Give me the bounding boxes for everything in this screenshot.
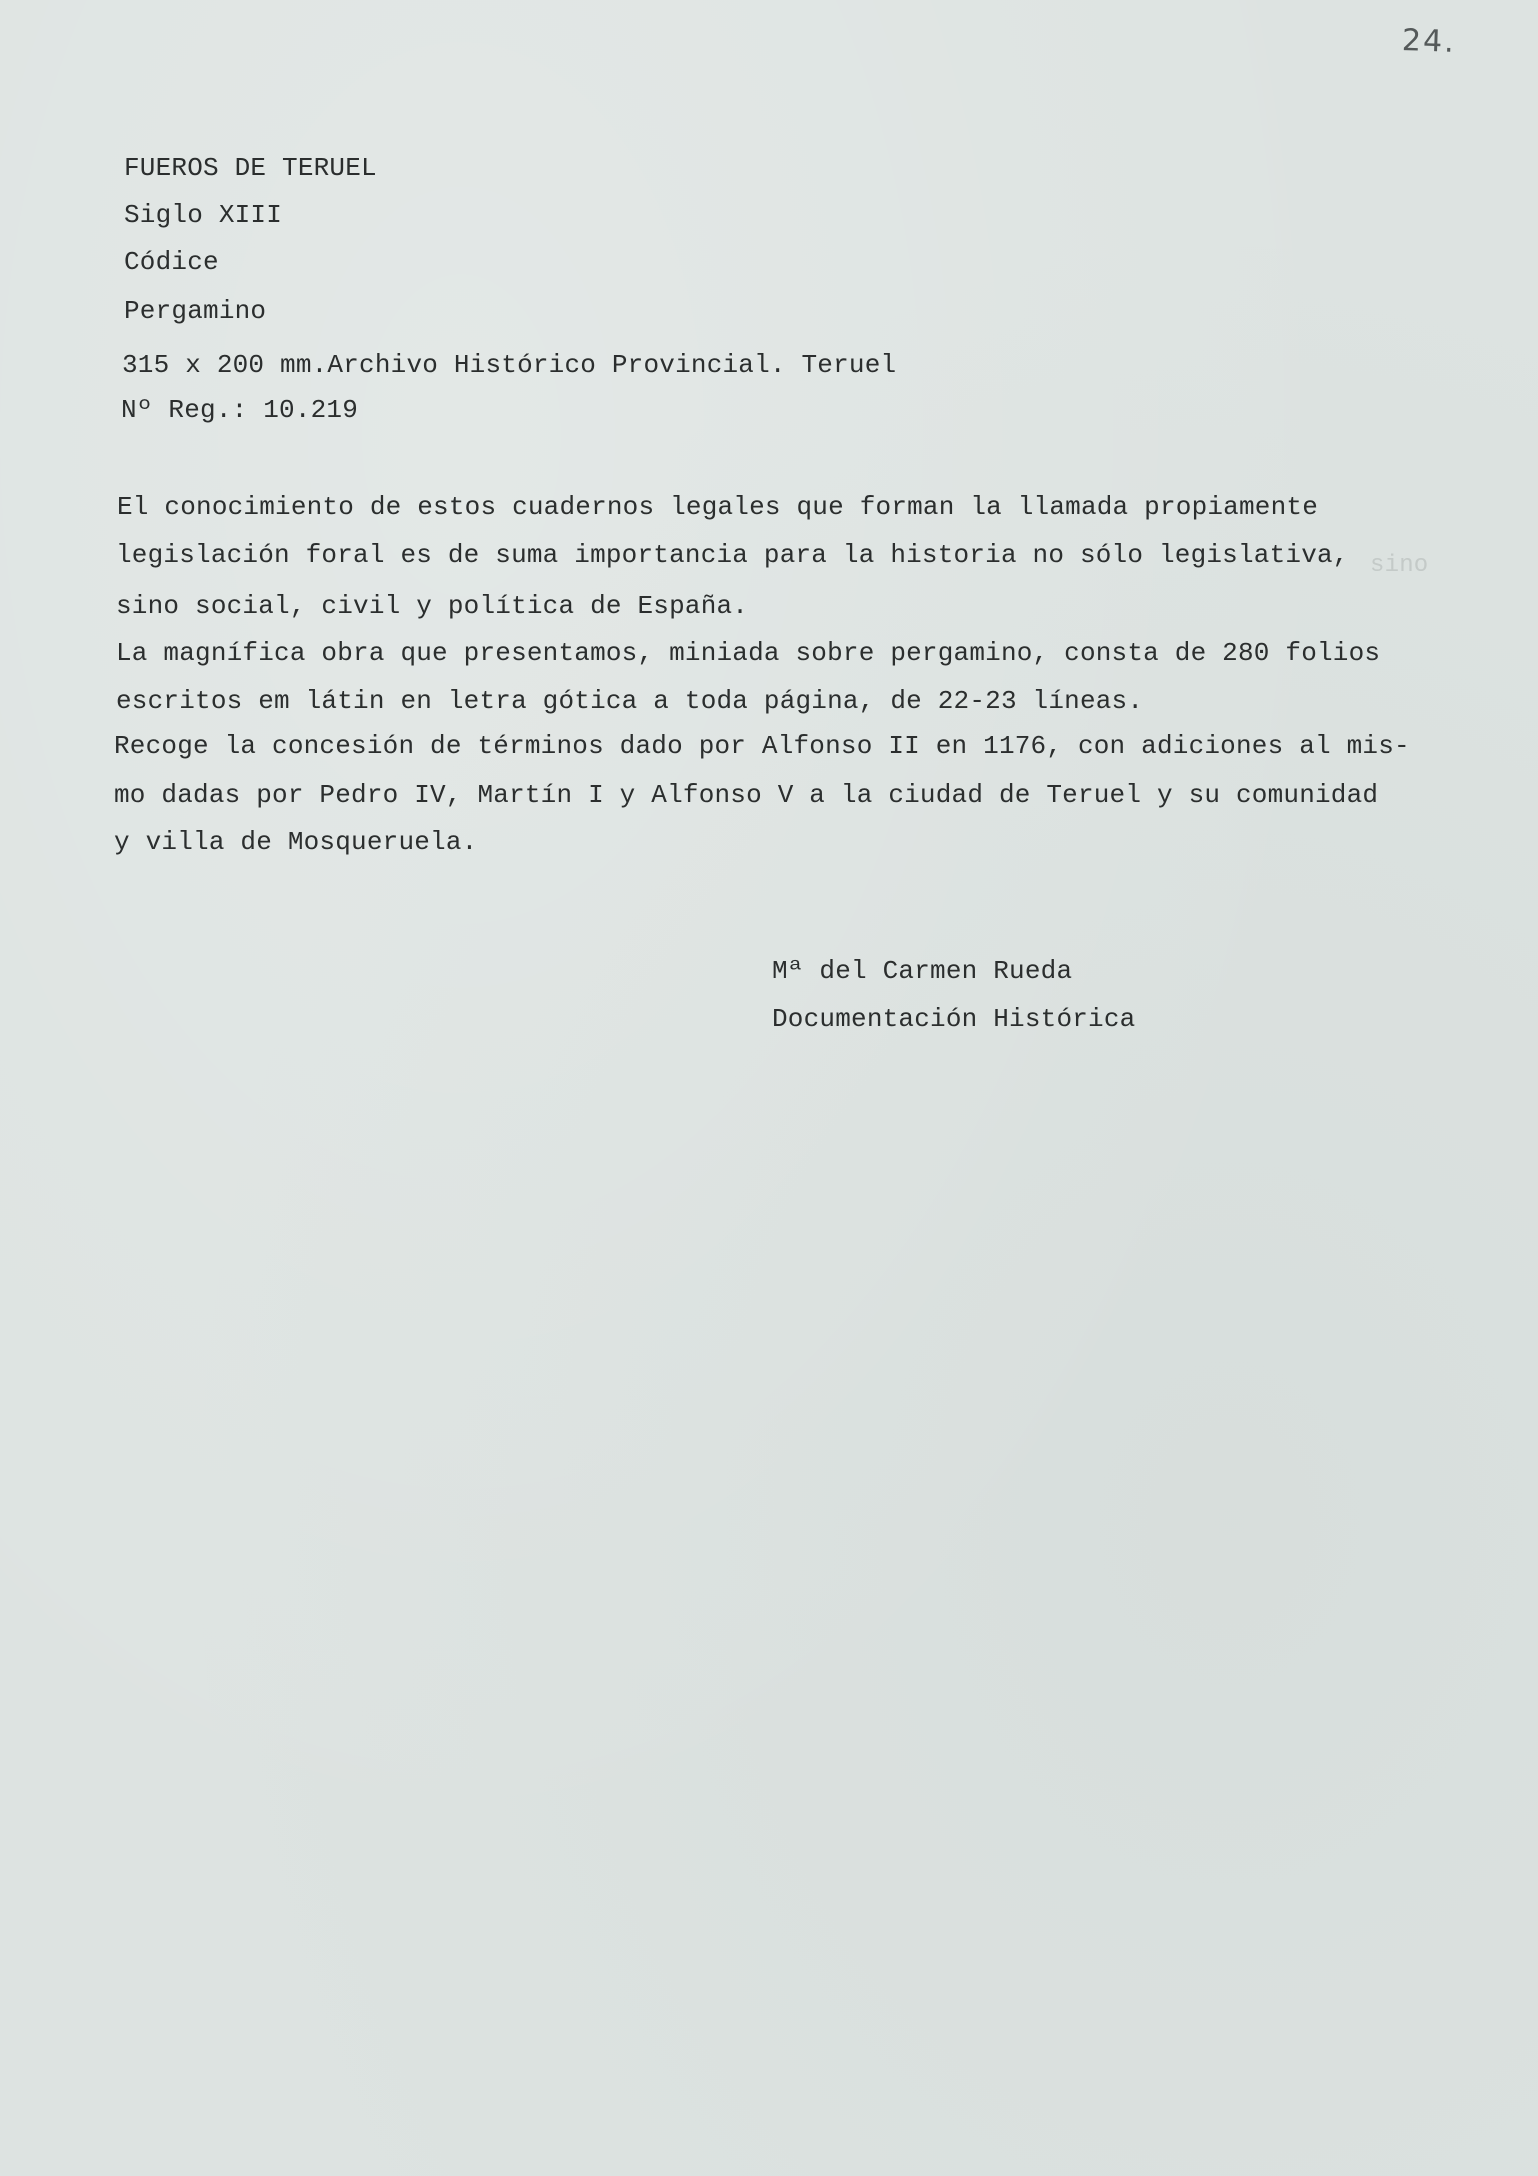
- body-line: escritos em látin en letra gótica a toda…: [116, 688, 1143, 714]
- body-line: legislación foral es de suma importancia…: [116, 542, 1349, 568]
- body-line: y villa de Mosqueruela.: [114, 829, 477, 855]
- author-department: Documentación Histórica: [772, 1006, 1135, 1032]
- century-label: Siglo XIII: [124, 202, 282, 228]
- body-line: sino social, civil y política de España.: [116, 593, 748, 619]
- body-line: mo dadas por Pedro IV, Martín I y Alfons…: [114, 782, 1378, 808]
- body-line: El conocimiento de estos cuadernos legal…: [117, 494, 1318, 520]
- dimensions-location: 315 x 200 mm.Archivo Histórico Provincia…: [122, 352, 896, 378]
- material-label: Pergamino: [124, 298, 266, 324]
- author-name: Mª del Carmen Rueda: [772, 958, 1072, 984]
- faint-overstrike-text: sino: [1370, 554, 1428, 578]
- document-title: FUEROS DE TERUEL: [124, 155, 377, 181]
- paper-background: [0, 0, 1538, 2176]
- handwritten-page-number: 24.: [1401, 23, 1456, 60]
- body-line: Recoge la concesión de términos dado por…: [114, 733, 1410, 759]
- body-line: La magnífica obra que presentamos, minia…: [116, 640, 1380, 666]
- registration-number: Nº Reg.: 10.219: [121, 397, 358, 423]
- type-label: Códice: [124, 249, 219, 275]
